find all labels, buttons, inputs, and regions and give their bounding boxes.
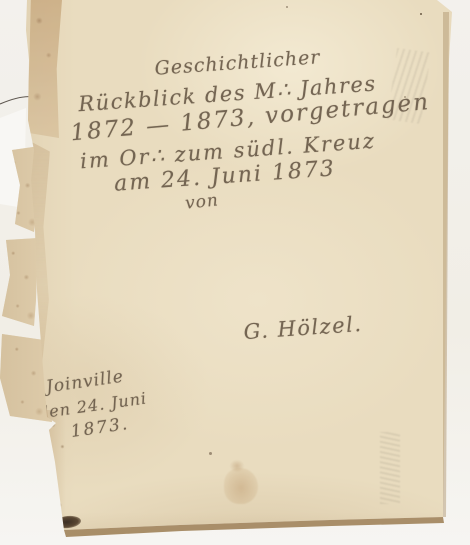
- paper-sheet: Geschichtlicher Rückblick des M∴ Jahres …: [0, 0, 470, 545]
- speck: [209, 452, 212, 455]
- title-line-1: Geschichtlicher: [149, 46, 325, 80]
- speck: [286, 6, 288, 8]
- speck: [420, 13, 422, 15]
- signature: G. Hölzel.: [227, 311, 378, 345]
- smudge-right-mid: [380, 432, 400, 504]
- stain-dark-blob: [54, 515, 81, 530]
- speck: [457, 28, 459, 30]
- title-line-von: von: [171, 189, 233, 215]
- stain-round: [224, 468, 258, 504]
- speck: [452, 8, 455, 11]
- scanned-manuscript-page: Geschichtlicher Rückblick des M∴ Jahres …: [0, 0, 470, 545]
- stain-binding-residue: [24, 0, 62, 138]
